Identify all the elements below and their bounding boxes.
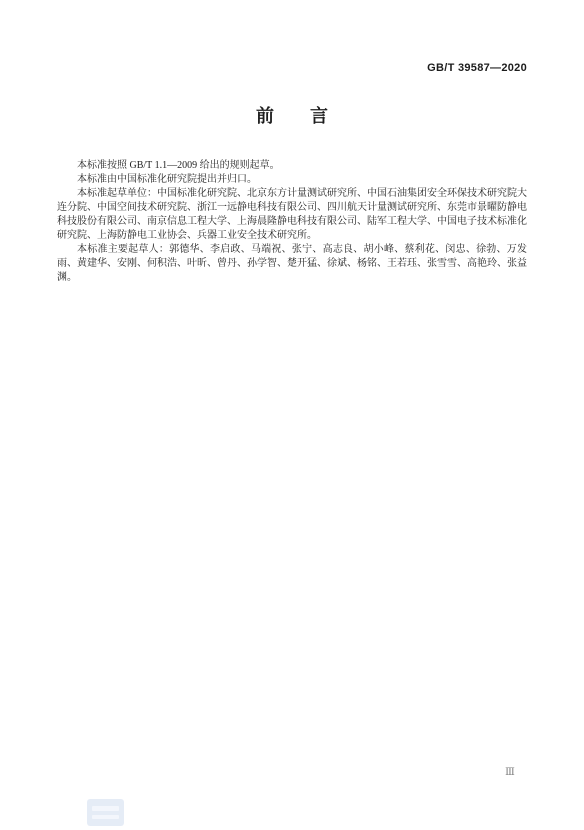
foreword-title: 前 言 (57, 102, 527, 128)
page-content: GB/T 39587—2020 前 言 本标准按照 GB/T 1.1—2009 … (57, 62, 527, 285)
watermark-logo (87, 799, 124, 826)
paragraph-proposing-body: 本标准由中国标准化研究院提出并归口。 (57, 173, 527, 187)
document-page: GB/T 39587—2020 前 言 本标准按照 GB/T 1.1—2009 … (0, 0, 584, 830)
paragraph-main-drafters: 本标准主要起草人：郭德华、李启政、马端祝、张宁、高志良、胡小峰、蔡利花、闵忠、徐… (57, 243, 527, 285)
paragraph-drafting-organizations: 本标准起草单位：中国标准化研究院、北京东方计量测试研究所、中国石油集团安全环保技… (57, 187, 527, 243)
watermark-glyph-line (92, 806, 119, 811)
page-number: Ⅲ (498, 767, 522, 778)
watermark-glyph-line (92, 815, 119, 819)
paragraph-drafting-rule: 本标准按照 GB/T 1.1—2009 给出的规则起草。 (57, 159, 527, 173)
standard-code: GB/T 39587—2020 (57, 62, 527, 74)
foreword-body: 本标准按照 GB/T 1.1—2009 给出的规则起草。 本标准由中国标准化研究… (57, 159, 527, 285)
